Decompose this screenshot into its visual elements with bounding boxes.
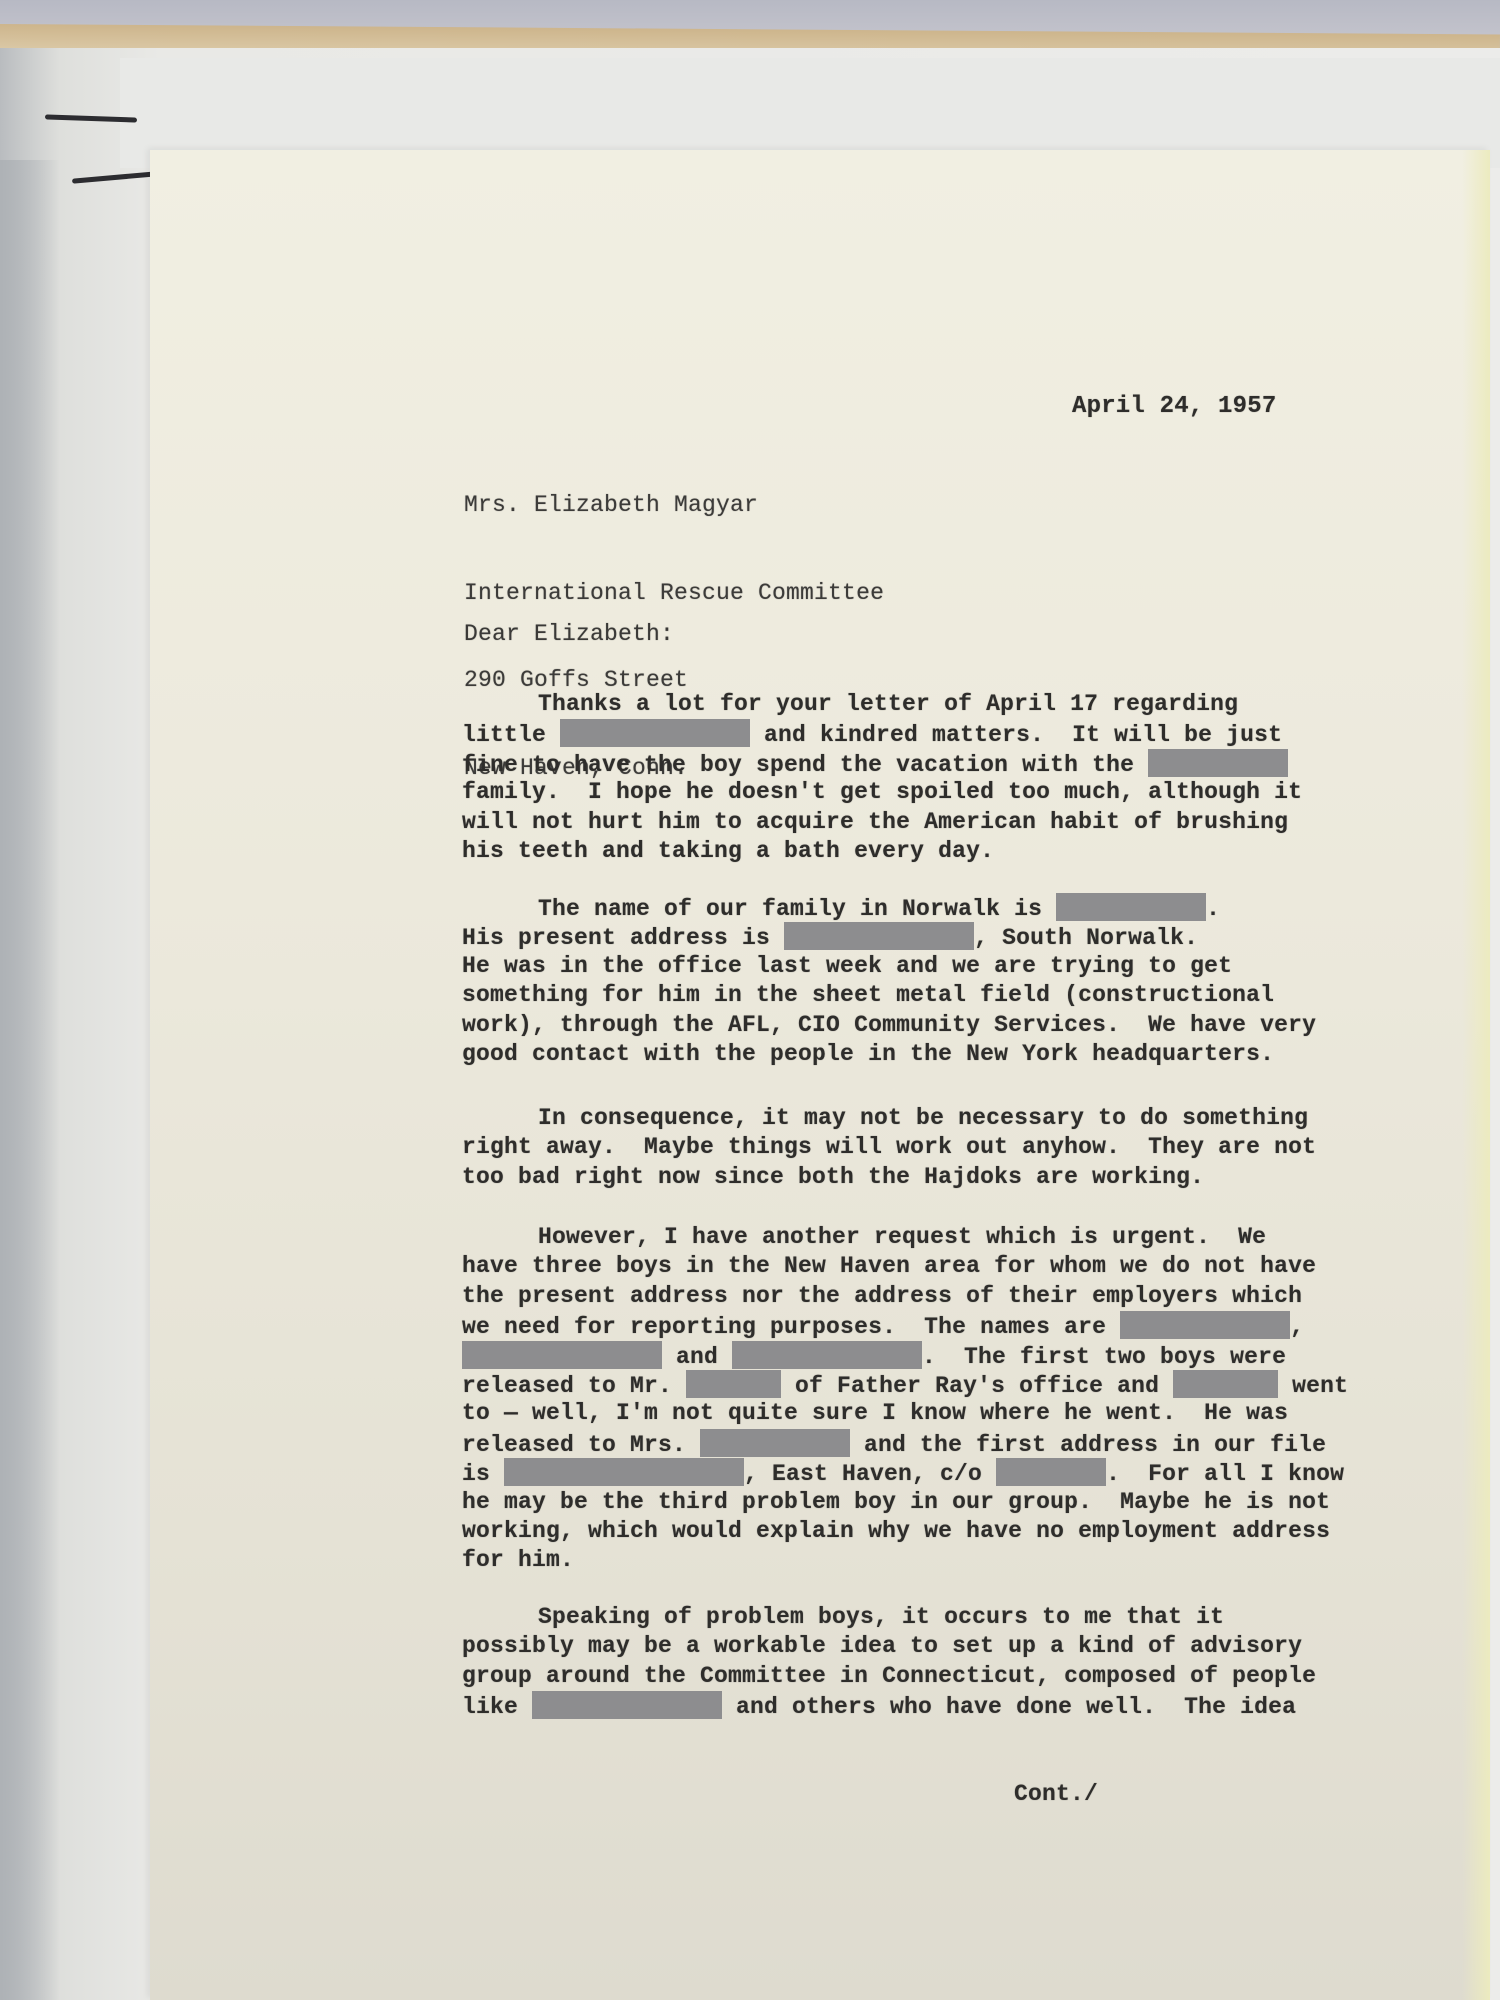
text-segment: have three boys in the New Haven area fo… xyxy=(462,1253,1316,1279)
text-line: for him. xyxy=(462,1546,1348,1575)
text-line: his teeth and taking a bath every day. xyxy=(462,837,1302,866)
text-segment: he may be the third problem boy in our g… xyxy=(462,1489,1330,1515)
text-line: released to Mr. of Father Ray's office a… xyxy=(462,1370,1348,1399)
text-segment: good contact with the people in the New … xyxy=(462,1041,1274,1067)
letter-page xyxy=(150,150,1490,2000)
text-line: fine to have the boy spend the vacation … xyxy=(462,749,1302,778)
text-segment: However, I have another request which is… xyxy=(538,1224,1266,1250)
redaction-box xyxy=(1120,1311,1290,1339)
text-line: In consequence, it may not be necessary … xyxy=(462,1104,1316,1133)
paragraph: However, I have another request which is… xyxy=(462,1223,1348,1576)
text-line: little and kindred matters. It will be j… xyxy=(462,719,1302,748)
text-line: The name of our family in Norwalk is . xyxy=(462,893,1316,922)
text-segment: we need for reporting purposes. The name… xyxy=(462,1314,1120,1340)
text-line: have three boys in the New Haven area fo… xyxy=(462,1252,1348,1281)
text-segment: went xyxy=(1278,1373,1348,1399)
redaction-box xyxy=(504,1458,744,1486)
page-shadow xyxy=(0,160,60,2000)
text-segment: of Father Ray's office and xyxy=(781,1373,1173,1399)
text-segment: The name of our family in Norwalk is xyxy=(538,896,1056,922)
text-segment: right away. Maybe things will work out a… xyxy=(462,1134,1316,1160)
text-line: Speaking of problem boys, it occurs to m… xyxy=(462,1603,1316,1632)
text-segment: and others who have done well. The idea xyxy=(722,1694,1296,1720)
text-segment: He was in the office last week and we ar… xyxy=(462,953,1232,979)
text-line: possibly may be a workable idea to set u… xyxy=(462,1632,1316,1661)
text-line: work), through the AFL, CIO Community Se… xyxy=(462,1011,1316,1040)
text-segment: group around the Committee in Connecticu… xyxy=(462,1663,1316,1689)
redaction-box xyxy=(686,1370,781,1398)
text-segment: and xyxy=(662,1344,732,1370)
text-segment: his teeth and taking a bath every day. xyxy=(462,838,994,864)
text-segment: . The first two boys were xyxy=(922,1344,1286,1370)
text-line: Thanks a lot for your letter of April 17… xyxy=(462,690,1302,719)
recipient-organization: International Rescue Committee xyxy=(464,579,884,608)
continuation-mark: Cont./ xyxy=(1014,1780,1098,1809)
text-line: something for him in the sheet metal fie… xyxy=(462,981,1316,1010)
text-line: good contact with the people in the New … xyxy=(462,1040,1316,1069)
text-segment: to — well, I'm not quite sure I know whe… xyxy=(462,1400,1288,1426)
text-line: we need for reporting purposes. The name… xyxy=(462,1311,1348,1340)
paragraph: Thanks a lot for your letter of April 17… xyxy=(462,690,1302,866)
redaction-box xyxy=(784,922,974,950)
text-line: and . The first two boys were xyxy=(462,1341,1348,1370)
redaction-box xyxy=(1056,893,1206,921)
text-segment: and the first address in our file xyxy=(850,1432,1326,1458)
text-segment: work), through the AFL, CIO Community Se… xyxy=(462,1012,1316,1038)
text-segment: the present address nor the address of t… xyxy=(462,1283,1302,1309)
text-segment: family. I hope he doesn't get spoiled to… xyxy=(462,779,1302,805)
text-line: too bad right now since both the Hajdoks… xyxy=(462,1163,1316,1192)
text-line: released to Mrs. and the first address i… xyxy=(462,1429,1348,1458)
text-segment: . For all I know xyxy=(1106,1461,1344,1487)
text-segment: His present address is xyxy=(462,925,784,951)
redaction-box xyxy=(996,1458,1106,1486)
redaction-box xyxy=(700,1429,850,1457)
text-segment: . xyxy=(1206,896,1220,922)
text-line: He was in the office last week and we ar… xyxy=(462,952,1316,981)
text-segment: will not hurt him to acquire the America… xyxy=(462,809,1288,835)
text-line: he may be the third problem boy in our g… xyxy=(462,1488,1348,1517)
text-segment: something for him in the sheet metal fie… xyxy=(462,982,1274,1008)
text-segment: fine to have the boy spend the vacation … xyxy=(462,752,1148,778)
recipient-name: Mrs. Elizabeth Magyar xyxy=(464,491,884,520)
text-line: like and others who have done well. The … xyxy=(462,1691,1316,1720)
letter-date: April 24, 1957 xyxy=(1072,392,1276,421)
text-segment: released to Mr. xyxy=(462,1373,686,1399)
text-line: group around the Committee in Connecticu… xyxy=(462,1662,1316,1691)
text-segment: for him. xyxy=(462,1547,574,1573)
redaction-box xyxy=(462,1341,662,1369)
text-segment: is xyxy=(462,1461,504,1487)
text-line: is , East Haven, c/o . For all I know xyxy=(462,1458,1348,1487)
text-line: His present address is , South Norwalk. xyxy=(462,922,1316,951)
text-line: right away. Maybe things will work out a… xyxy=(462,1133,1316,1162)
salutation: Dear Elizabeth: xyxy=(464,620,674,649)
redaction-box xyxy=(732,1341,922,1369)
text-segment: possibly may be a workable idea to set u… xyxy=(462,1633,1302,1659)
text-segment: Speaking of problem boys, it occurs to m… xyxy=(538,1604,1224,1630)
text-segment: In consequence, it may not be necessary … xyxy=(538,1105,1308,1131)
paragraph: Speaking of problem boys, it occurs to m… xyxy=(462,1603,1316,1721)
text-line: the present address nor the address of t… xyxy=(462,1282,1348,1311)
redaction-box xyxy=(532,1691,722,1719)
text-segment: like xyxy=(462,1694,532,1720)
text-line: However, I have another request which is… xyxy=(462,1223,1348,1252)
text-segment: , xyxy=(1290,1314,1304,1340)
text-segment: working, which would explain why we have… xyxy=(462,1518,1330,1544)
paragraph: The name of our family in Norwalk is .Hi… xyxy=(462,893,1316,1069)
text-segment: too bad right now since both the Hajdoks… xyxy=(462,1164,1204,1190)
text-segment: little xyxy=(462,722,560,748)
text-line: family. I hope he doesn't get spoiled to… xyxy=(462,778,1302,807)
paragraph: In consequence, it may not be necessary … xyxy=(462,1104,1316,1192)
text-line: will not hurt him to acquire the America… xyxy=(462,808,1302,837)
redaction-box xyxy=(560,719,750,747)
text-segment: and kindred matters. It will be just xyxy=(750,722,1282,748)
text-segment: Thanks a lot for your letter of April 17… xyxy=(538,691,1238,717)
text-segment: , South Norwalk. xyxy=(974,925,1198,951)
text-segment: released to Mrs. xyxy=(462,1432,700,1458)
text-line: working, which would explain why we have… xyxy=(462,1517,1348,1546)
text-segment: , East Haven, c/o xyxy=(744,1461,996,1487)
text-line: to — well, I'm not quite sure I know whe… xyxy=(462,1399,1348,1428)
redaction-box xyxy=(1173,1370,1278,1398)
redaction-box xyxy=(1148,749,1288,777)
